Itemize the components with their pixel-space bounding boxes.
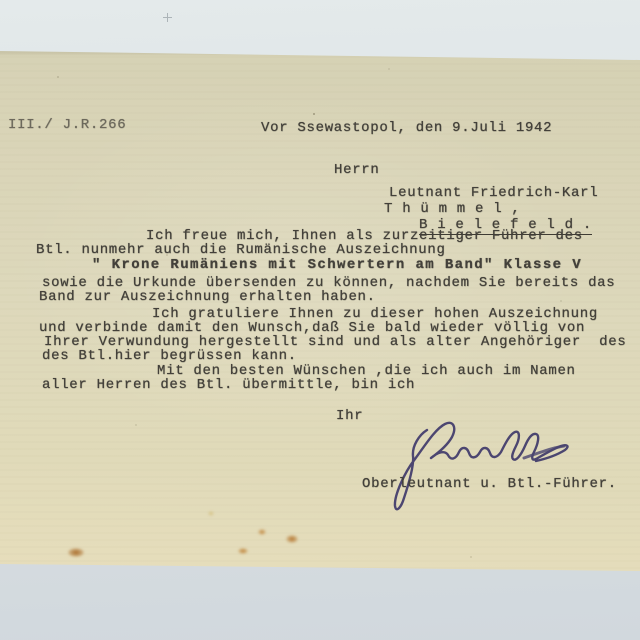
body-line: aller Herren des Btl. übermittle, bin ic… — [42, 378, 415, 393]
body-line: Band zur Auszeichnung erhalten haben. — [39, 290, 376, 305]
paper-speck — [313, 113, 315, 115]
foxing-stain — [286, 535, 298, 543]
recipient-salutation: Herrn — [334, 163, 380, 178]
dateline: Vor Ssewastopol, den 9.Juli 1942 — [261, 121, 552, 136]
closing-word: Ihr — [336, 409, 363, 424]
body-line: Btl. nunmehr auch die Rumänische Auszeic… — [36, 243, 446, 258]
body-line: sowie die Urkunde übersenden zu können, … — [42, 276, 615, 291]
foxing-stain — [208, 511, 214, 516]
recipient-city: B i e l e f e l d . — [419, 218, 592, 235]
recipient-city-underlined: B i e l e f e l d . — [419, 218, 592, 235]
paper-speck — [135, 424, 137, 426]
body-line: des Btl.hier begrüssen kann. — [42, 349, 297, 364]
body-line-award: " Krone Rumäniens mit Schwertern am Band… — [92, 258, 582, 273]
body-line: Ich gratuliere Ihnen zu dieser hohen Aus… — [152, 307, 598, 322]
paper-speck — [166, 254, 168, 256]
body-line: Ihrer Verwundung hergestellt sind und al… — [44, 335, 627, 350]
foxing-stain — [238, 548, 248, 554]
signer-title: Oberleutnant u. Btl.-Führer. — [362, 477, 617, 492]
paper-speck — [388, 68, 390, 70]
photo-backdrop: III./ J.R.266 Vor Ssewastopol, den 9.Jul… — [0, 0, 640, 640]
body-line: Ich freue mich, Ihnen als zurzeitiger Fü… — [146, 229, 583, 244]
handwritten-signature — [0, 0, 640, 640]
recipient-surname: T h ü m m e l , — [384, 202, 521, 217]
letter-paper: III./ J.R.266 Vor Ssewastopol, den 9.Jul… — [0, 0, 640, 640]
foxing-stain — [258, 529, 266, 535]
body-line: und verbinde damit den Wunsch,daß Sie ba… — [39, 321, 585, 336]
paper-speck — [57, 76, 59, 78]
paper-speck — [560, 300, 562, 302]
recipient-rank-name: Leutnant Friedrich-Karl — [389, 186, 598, 201]
paper-speck — [470, 556, 472, 558]
body-line: Mit den besten Wünschen ,die ich auch im… — [157, 364, 576, 379]
unit-reference: III./ J.R.266 — [8, 118, 126, 133]
foxing-stain — [68, 548, 84, 557]
